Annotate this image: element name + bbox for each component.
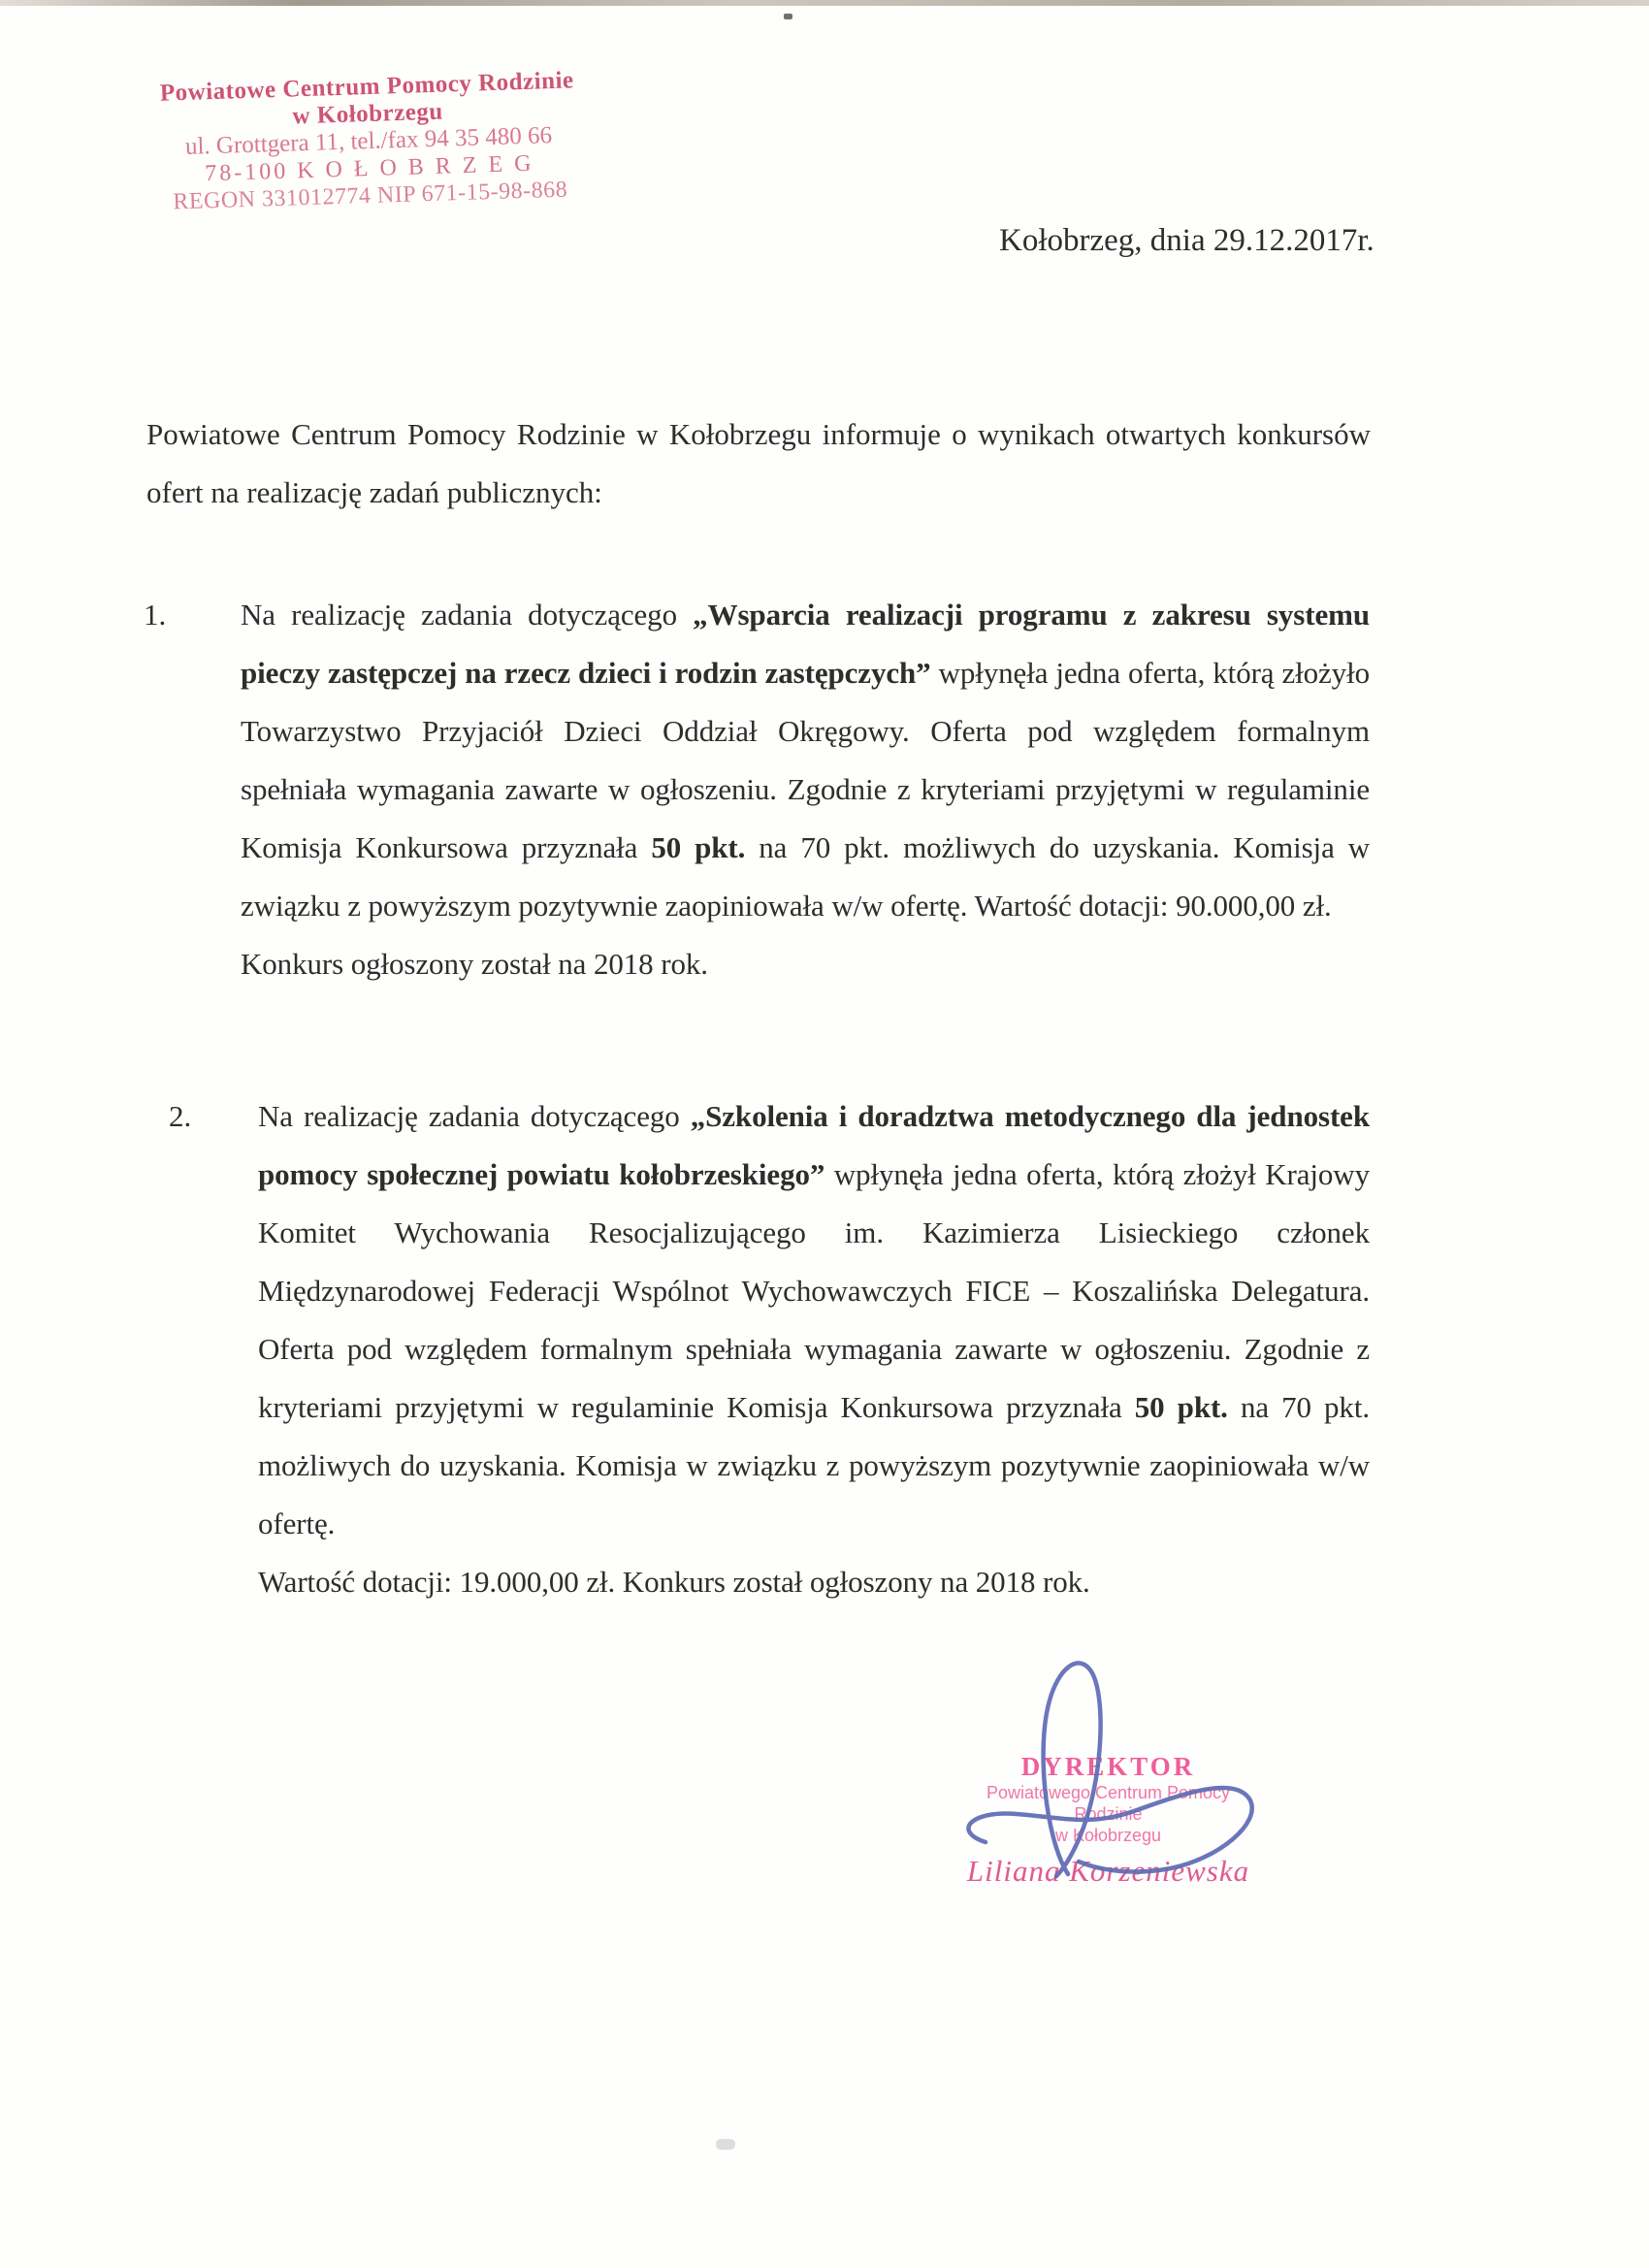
intro-paragraph: Powiatowe Centrum Pomocy Rodzinie w Koło… [146,405,1371,522]
sender-stamp: Powiatowe Centrum Pomocy Rodzinie w Koło… [134,66,603,216]
scan-speck-top [784,14,792,19]
item-2-number: 2. [169,1087,191,1146]
director-stamp-org-line2: w Kołobrzegu [951,1825,1266,1846]
item-1-body: Na realizację zadania dotyczącego „Wspar… [241,586,1370,993]
director-signed-name: Liliana Korzeniewska [951,1854,1266,1889]
scan-speck-bottom [716,2139,735,2150]
director-stamp: DYREKTOR Powiatowego Centrum Pomocy Rodz… [951,1752,1266,1889]
item-2-paragraph: Na realizację zadania dotyczącego „Szkol… [258,1087,1370,1553]
director-stamp-title: DYREKTOR [951,1752,1266,1782]
item-2-closing-line: Wartość dotacji: 19.000,00 zł. Konkurs z… [258,1553,1370,1611]
date-line: Kołobrzeg, dnia 29.12.2017r. [999,223,1374,259]
item-2-body: Na realizację zadania dotyczącego „Szkol… [258,1087,1370,1611]
item-1-closing-line: Konkurs ogłoszony został na 2018 rok. [241,935,1370,993]
scan-top-edge-artifact [0,0,1649,6]
director-stamp-org-line1: Powiatowego Centrum Pomocy Rodzinie [951,1782,1266,1825]
item-1-paragraph: Na realizację zadania dotyczącego „Wspar… [241,586,1370,935]
item-1-number: 1. [144,586,166,644]
scanned-letter-page: Powiatowe Centrum Pomocy Rodzinie w Koło… [0,0,1649,2268]
